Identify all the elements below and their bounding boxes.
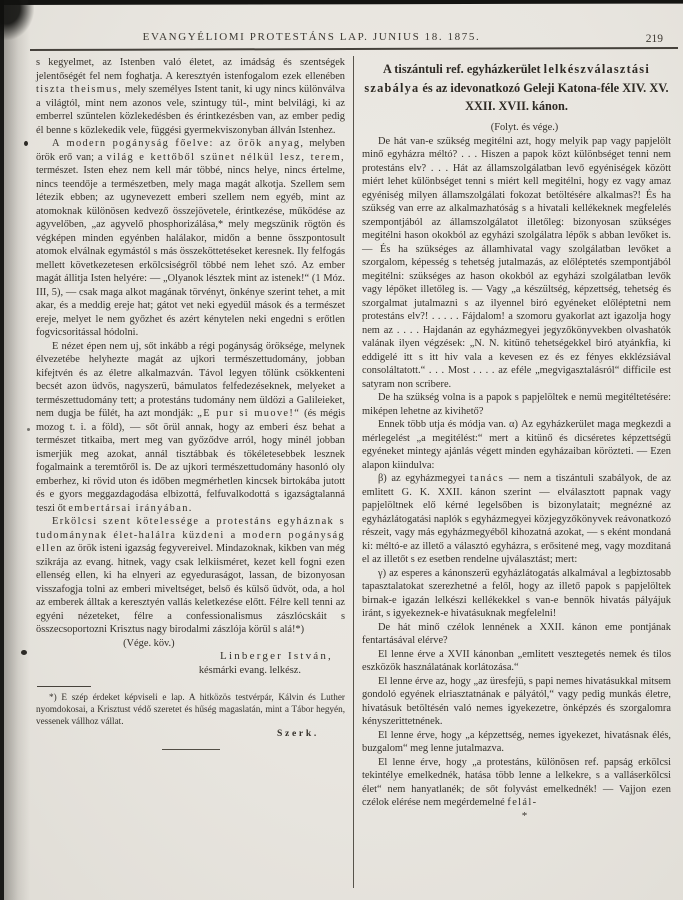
paragraph: s kegyelmet, az Istenben való életet, az…	[36, 56, 345, 137]
scan-artifact-speck	[27, 428, 30, 431]
paragraph: El lenne érve a XVII kánonban „emlitett …	[362, 648, 671, 675]
paragraph: De hát van-e szükség megitélni azt, hogy…	[362, 135, 671, 392]
left-column: s kegyelmet, az Istenben való életet, az…	[36, 56, 345, 750]
section-end-rule	[162, 749, 220, 750]
scanned-journal-page: EVANGYÉLIOMI PROTESTÁNS LAP. JUNIUS 18. …	[0, 0, 683, 900]
continuation-asterisk: *	[362, 810, 671, 824]
header-rule	[30, 47, 678, 51]
scan-artifact-left-edge	[0, 0, 4, 900]
editor-signature: Szerk.	[36, 727, 345, 741]
paragraph: El lenne érve, hogy „a protestáns, külön…	[362, 756, 671, 810]
scan-artifact-speck	[24, 141, 28, 146]
article-closing-note: (Vége. köv.)	[36, 637, 345, 651]
paragraph: De hát minő czélok lennének a XXII. káno…	[362, 621, 671, 648]
paragraph: De ha szükség volna is a papok s papjelö…	[362, 391, 671, 418]
paragraph: A modern pogányság főelve: az örök anyag…	[36, 137, 345, 340]
paragraph: Erkölcsi szent kötelessége a protestáns …	[36, 515, 345, 637]
scan-artifact-speck	[21, 650, 27, 655]
right-column: A tiszántuli ref. egyházkerület lelkészv…	[362, 60, 671, 823]
paragraph: β) az egyházmegyei tanács — nem a tiszán…	[362, 472, 671, 567]
paragraph: Ennek több utja és módja van. α) Az egyh…	[362, 418, 671, 472]
left-column-text: s kegyelmet, az Istenben való életet, az…	[36, 56, 345, 637]
paragraph: E nézet épen nem uj, sőt inkább a régi p…	[36, 340, 345, 516]
article-subtitle: (Folyt. és vége.)	[362, 121, 671, 135]
author-signature: Linberger István,	[36, 650, 345, 664]
paragraph: El lenne érve az, hogy „az üresfejü, s p…	[362, 675, 671, 729]
journal-masthead: EVANGYÉLIOMI PROTESTÁNS LAP. JUNIUS 18. …	[35, 31, 588, 43]
author-title: késmárki evang. lelkész.	[36, 664, 345, 678]
paragraph: El lenne érve, hogy „a képzettség, nemes…	[362, 729, 671, 756]
scan-artifact-corner-blob	[0, 0, 34, 40]
page-number: 219	[646, 33, 663, 45]
footnote-rule	[37, 686, 91, 687]
footnote-text: *) E szép érdeket képviseli e lap. A hit…	[36, 692, 345, 727]
right-column-text: De hát van-e szükség megitélni azt, hogy…	[362, 135, 671, 810]
article-title: A tiszántuli ref. egyházkerület lelkészv…	[362, 60, 671, 116]
scan-artifact-binding-gutter	[4, 0, 30, 900]
scan-artifact-top-edge	[0, 0, 683, 5]
column-divider	[353, 56, 354, 888]
paragraph: γ) az esperes a kánonszerü egyházlátogat…	[362, 567, 671, 621]
